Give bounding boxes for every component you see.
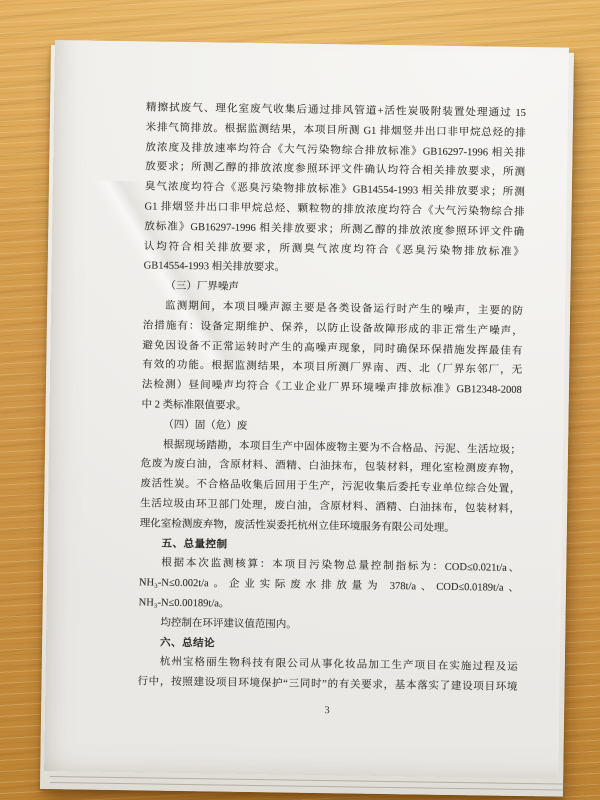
text-line: 行中，按照建设项目环境保护“三同时”的有关要求，基本落实了建设项目环境 (137, 672, 517, 697)
page-number: 3 (137, 702, 517, 719)
document-text: 精擦拭废气、理化室废气收集后通过排风管道+活性炭吸附装置处理通过 15米排气筒排… (137, 98, 526, 697)
document-page: 精擦拭废气、理化室废气收集后通过排风管道+活性炭吸附装置处理通过 15米排气筒排… (44, 40, 569, 779)
